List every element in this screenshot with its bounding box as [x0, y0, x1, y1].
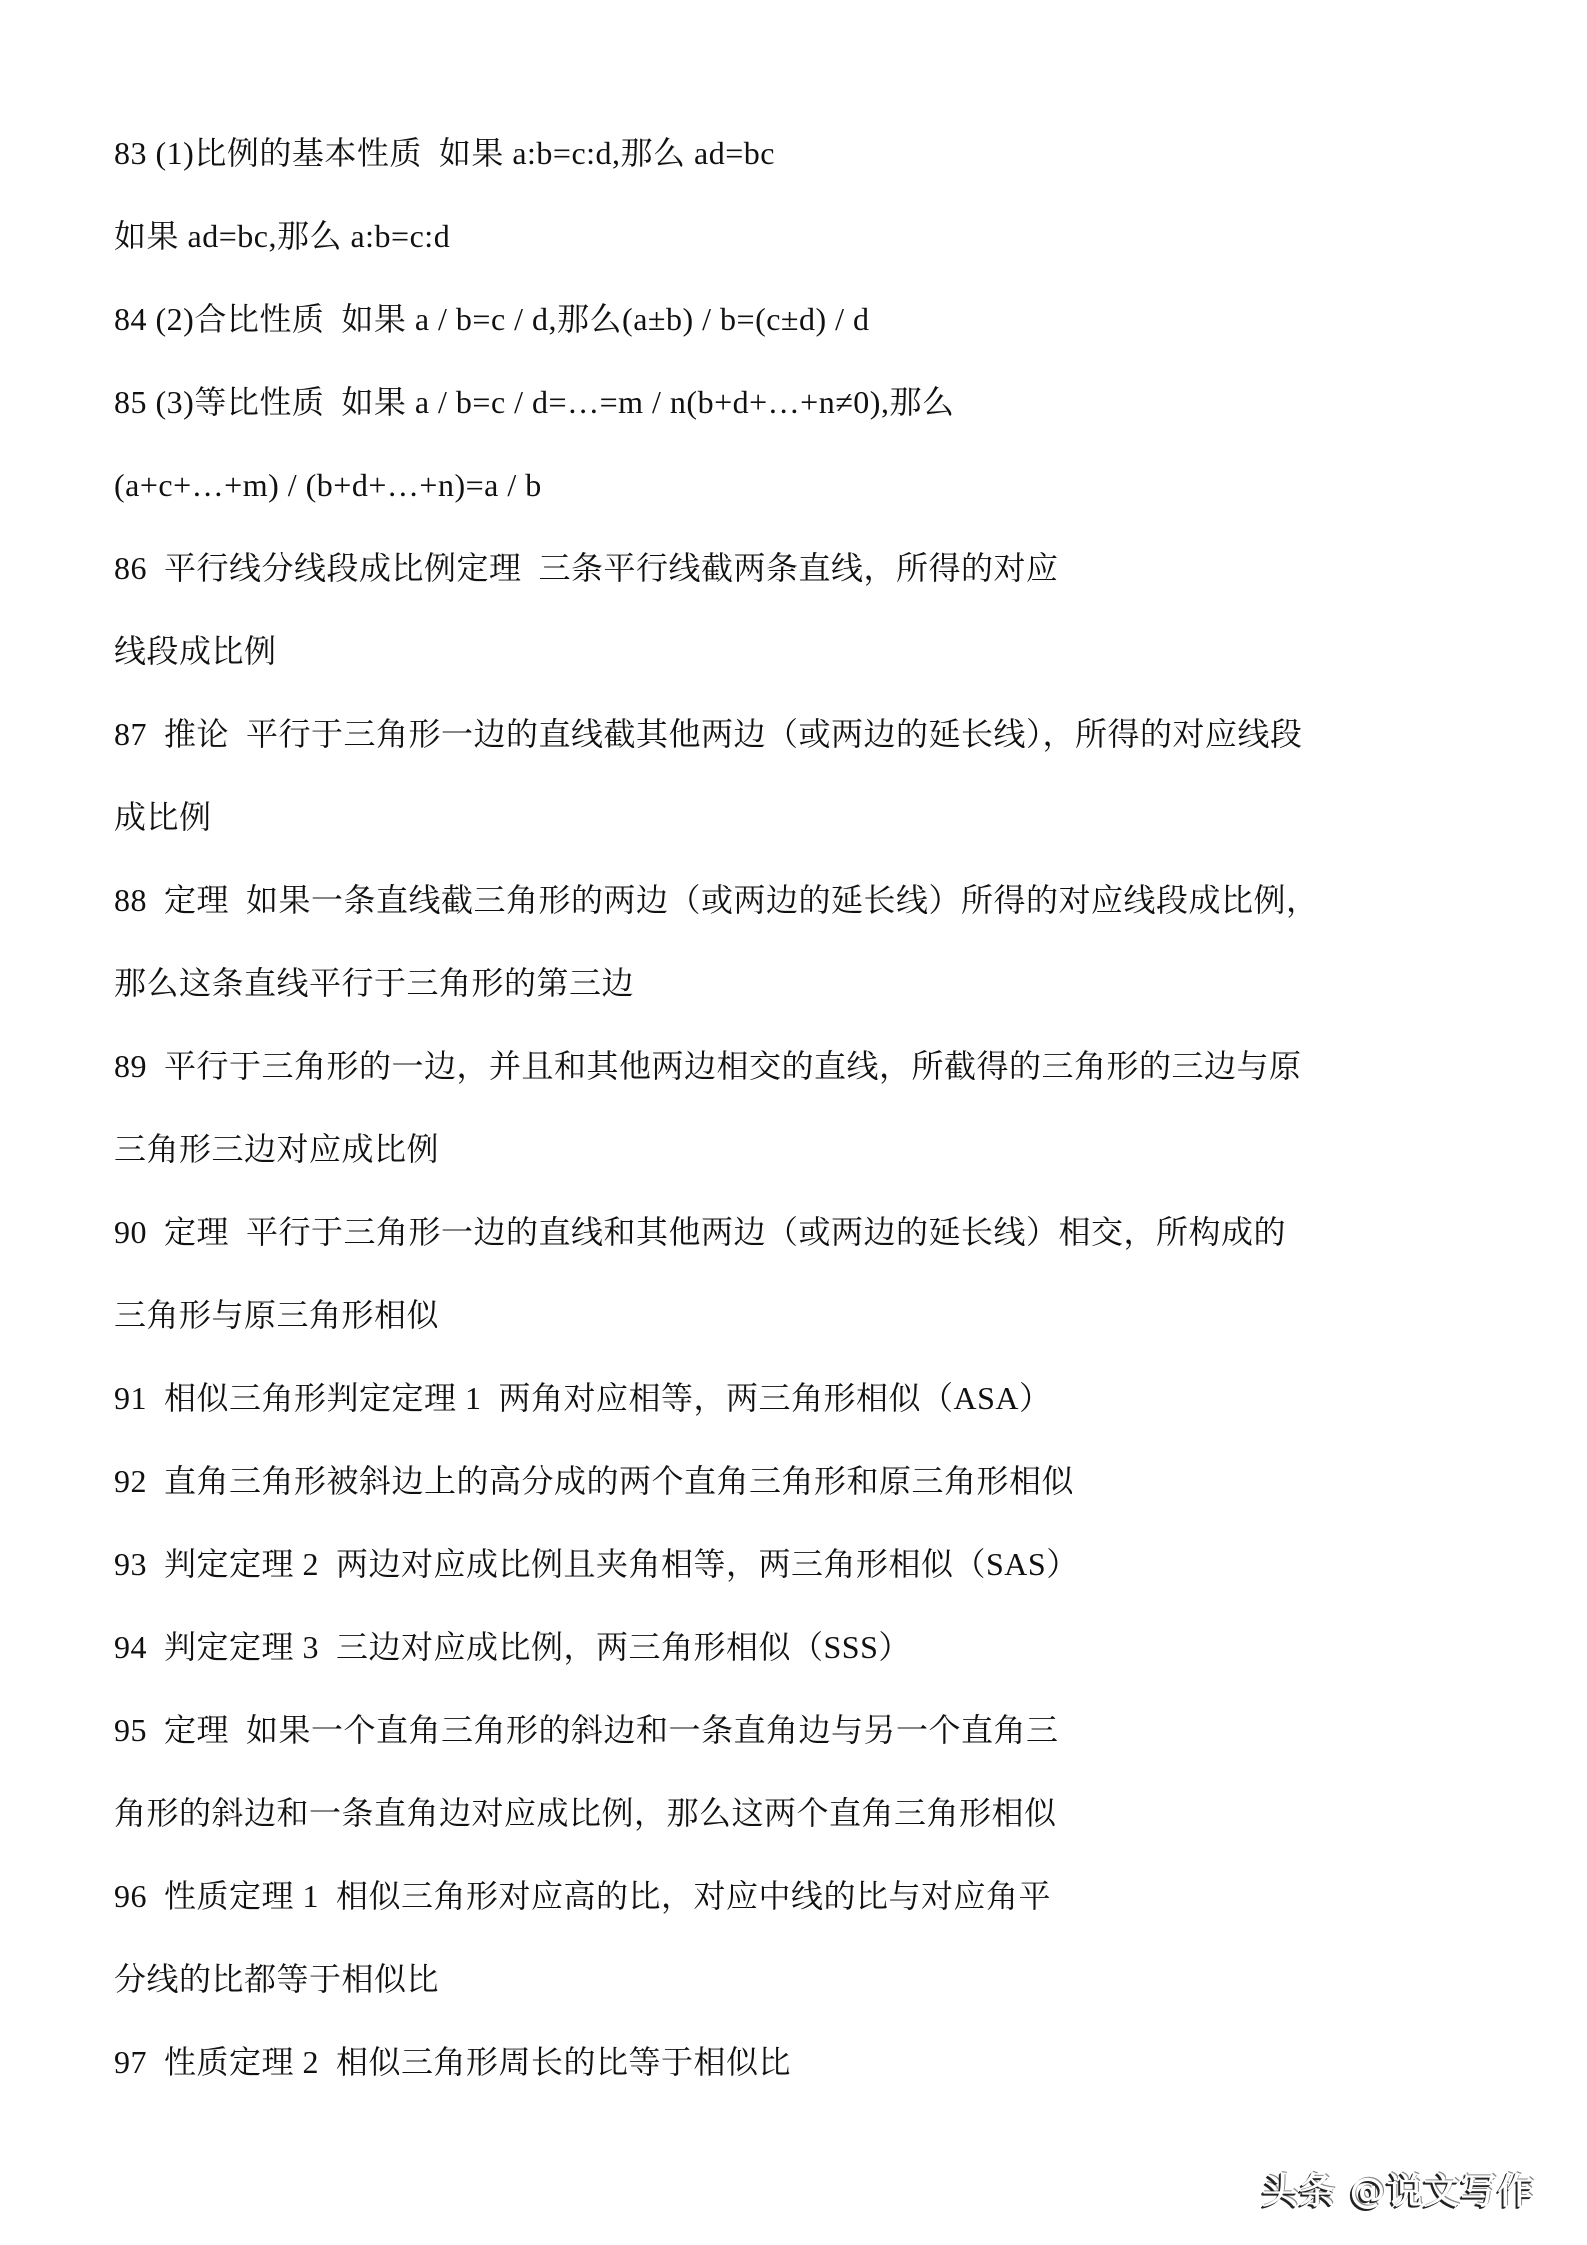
text-line: 84 (2)合比性质 如果 a / b=c / d,那么(a±b) / b=(c…: [114, 299, 870, 339]
document-page: 83 (1)比例的基本性质 如果 a:b=c:d,那么 ad=bc 如果 ad=…: [0, 0, 1587, 2245]
text-line: 87 推论 平行于三角形一边的直线截其他两边（或两边的延长线），所得的对应线段: [114, 714, 1303, 754]
text-line: 如果 ad=bc,那么 a:b=c:d: [114, 216, 450, 256]
text-line: 90 定理 平行于三角形一边的直线和其他两边（或两边的延长线）相交，所构成的: [114, 1212, 1286, 1252]
text-line: 93 判定定理 2 两边对应成比例且夹角相等，两三角形相似（SAS）: [114, 1544, 1079, 1584]
text-line: 94 判定定理 3 三边对应成比例，两三角形相似（SSS）: [114, 1627, 911, 1667]
text-line: 线段成比例: [114, 631, 277, 671]
text-line: 86 平行线分线段成比例定理 三条平行线截两条直线，所得的对应: [114, 548, 1059, 588]
text-line: 89 平行于三角形的一边，并且和其他两边相交的直线，所截得的三角形的三边与原: [114, 1046, 1302, 1086]
text-line: 91 相似三角形判定定理 1 两角对应相等，两三角形相似（ASA）: [114, 1378, 1052, 1418]
watermark: 头条 @说文写作: [1262, 2163, 1535, 2214]
text-line: 三角形三边对应成比例: [114, 1129, 439, 1169]
text-line: 成比例: [114, 797, 212, 837]
text-line: 角形的斜边和一条直角边对应成比例，那么这两个直角三角形相似: [114, 1793, 1057, 1833]
text-line: (a+c+…+m) / (b+d+…+n)=a / b: [114, 465, 542, 505]
text-line: 88 定理 如果一条直线截三角形的两边（或两边的延长线）所得的对应线段成比例，: [114, 880, 1319, 920]
text-line: 那么这条直线平行于三角形的第三边: [114, 963, 634, 1003]
text-line: 85 (3)等比性质 如果 a / b=c / d=…=m / n(b+d+…+…: [114, 382, 954, 422]
text-line: 92 直角三角形被斜边上的高分成的两个直角三角形和原三角形相似: [114, 1461, 1074, 1501]
text-line: 三角形与原三角形相似: [114, 1295, 439, 1335]
text-line: 95 定理 如果一个直角三角形的斜边和一条直角边与另一个直角三: [114, 1710, 1059, 1750]
text-line: 分线的比都等于相似比: [114, 1959, 439, 1999]
text-line: 83 (1)比例的基本性质 如果 a:b=c:d,那么 ad=bc: [114, 133, 775, 173]
text-line: 96 性质定理 1 相似三角形对应高的比，对应中线的比与对应角平: [114, 1876, 1051, 1916]
text-line: 97 性质定理 2 相似三角形周长的比等于相似比: [114, 2042, 791, 2082]
